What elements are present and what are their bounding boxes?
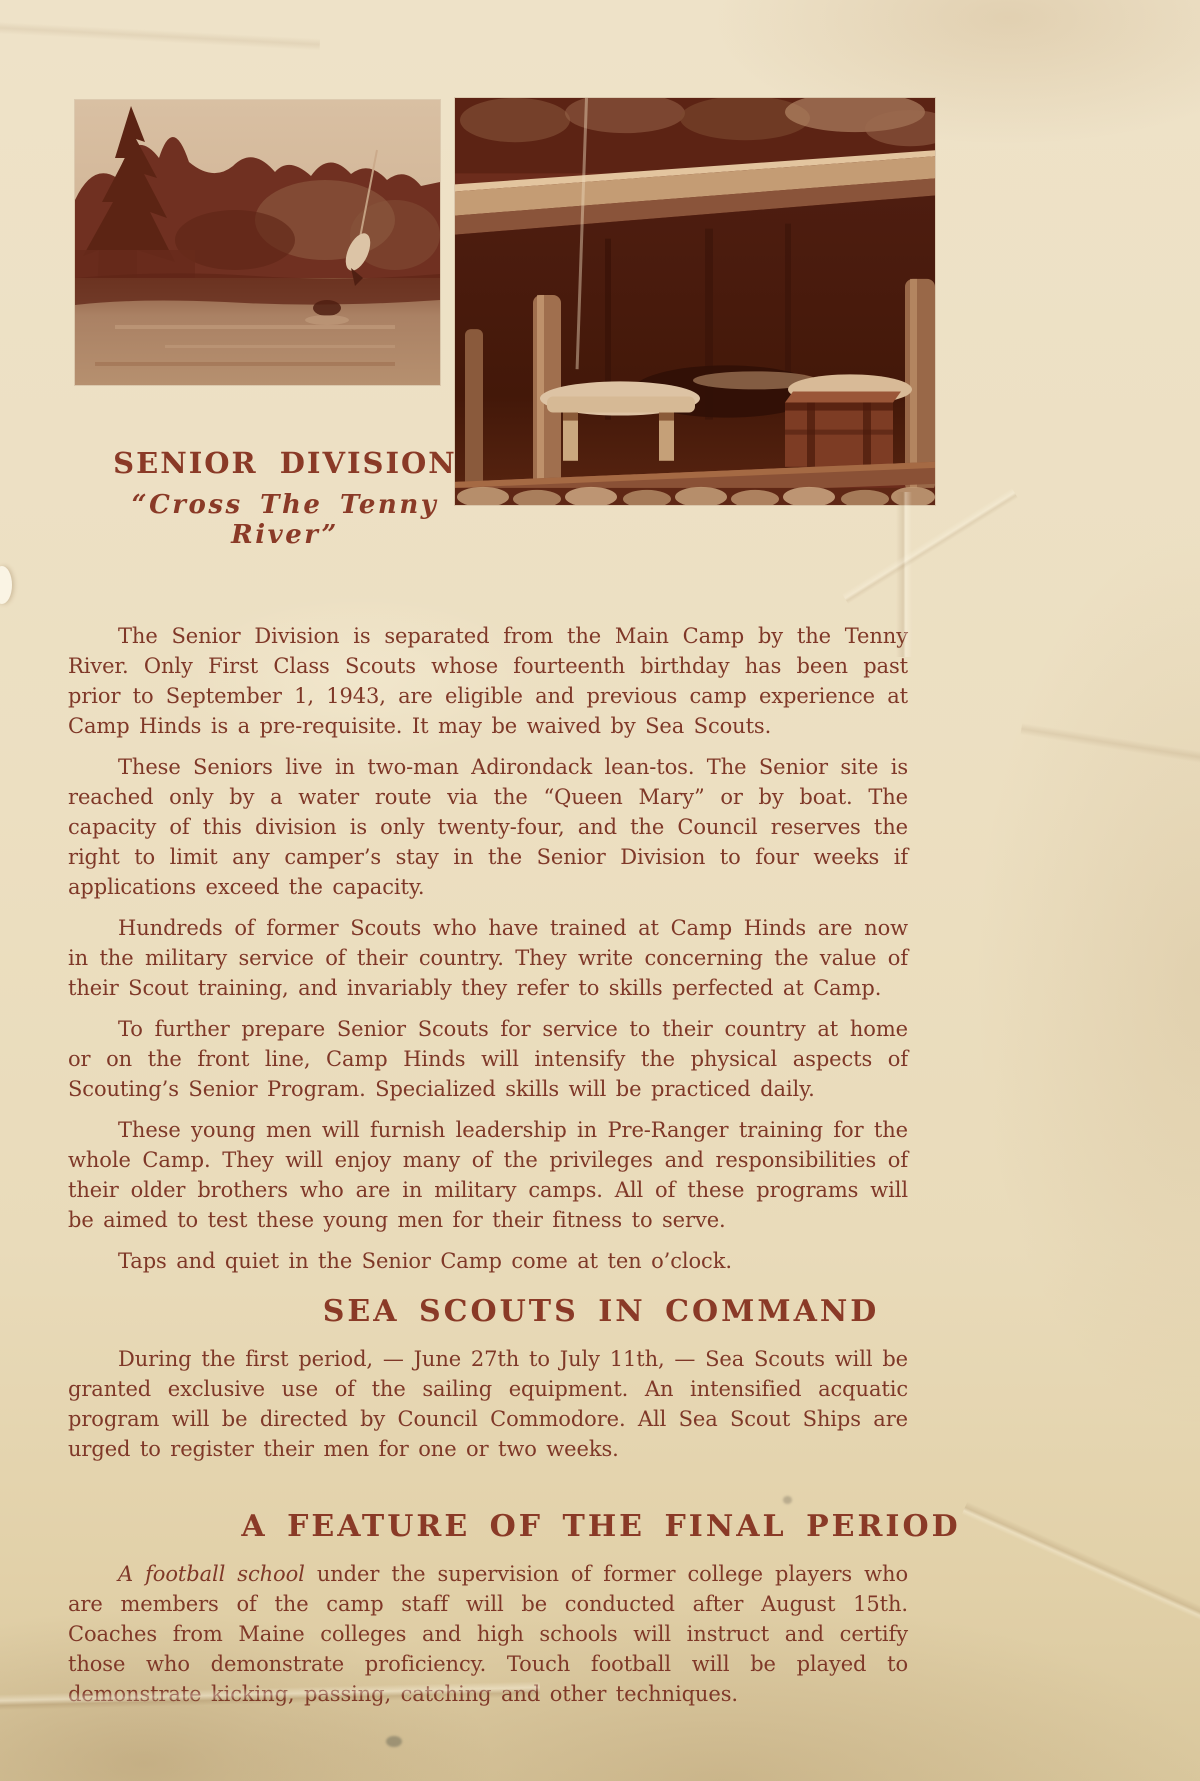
- document-page: SENIOR DIVISION “Cross The Tenny River” …: [0, 0, 1200, 1781]
- leanto-photo-art: [455, 98, 935, 505]
- river-photo: [75, 100, 440, 385]
- body-paragraph: During the first period, — June 27th to …: [68, 1344, 908, 1464]
- leanto-photo: [455, 98, 935, 505]
- football-school-lead: A football school: [118, 1562, 305, 1586]
- paper-crease: [842, 488, 1018, 604]
- heading-sea-scouts: SEA SCOUTS IN COMMAND: [181, 1295, 1021, 1329]
- paper-stain: [783, 1496, 792, 1504]
- paper-stain: [386, 1736, 402, 1747]
- body-paragraph: To further prepare Senior Scouts for ser…: [68, 1014, 908, 1104]
- body-paragraph: Taps and quiet in the Senior Camp come a…: [68, 1246, 908, 1276]
- body-paragraph: These Seniors live in two-man Adirondack…: [68, 752, 908, 902]
- page-subtitle: “Cross The Tenny River”: [70, 490, 500, 550]
- body-paragraph: These young men will furnish leadership …: [68, 1115, 908, 1235]
- paper-crease: [1020, 723, 1200, 769]
- torn-edge-notch: [0, 566, 12, 604]
- body-text-column: The Senior Division is separated from th…: [68, 621, 908, 1720]
- page-title: SENIOR DIVISION: [75, 446, 495, 480]
- river-photo-art: [75, 100, 440, 385]
- body-paragraph: The Senior Division is separated from th…: [68, 621, 908, 741]
- paper-crease: [0, 21, 320, 50]
- body-paragraph: Hundreds of former Scouts who have train…: [68, 913, 908, 1003]
- heading-final-period: A FEATURE OF THE FINAL PERIOD: [181, 1510, 1021, 1544]
- body-paragraph: A football school under the supervision …: [68, 1559, 908, 1709]
